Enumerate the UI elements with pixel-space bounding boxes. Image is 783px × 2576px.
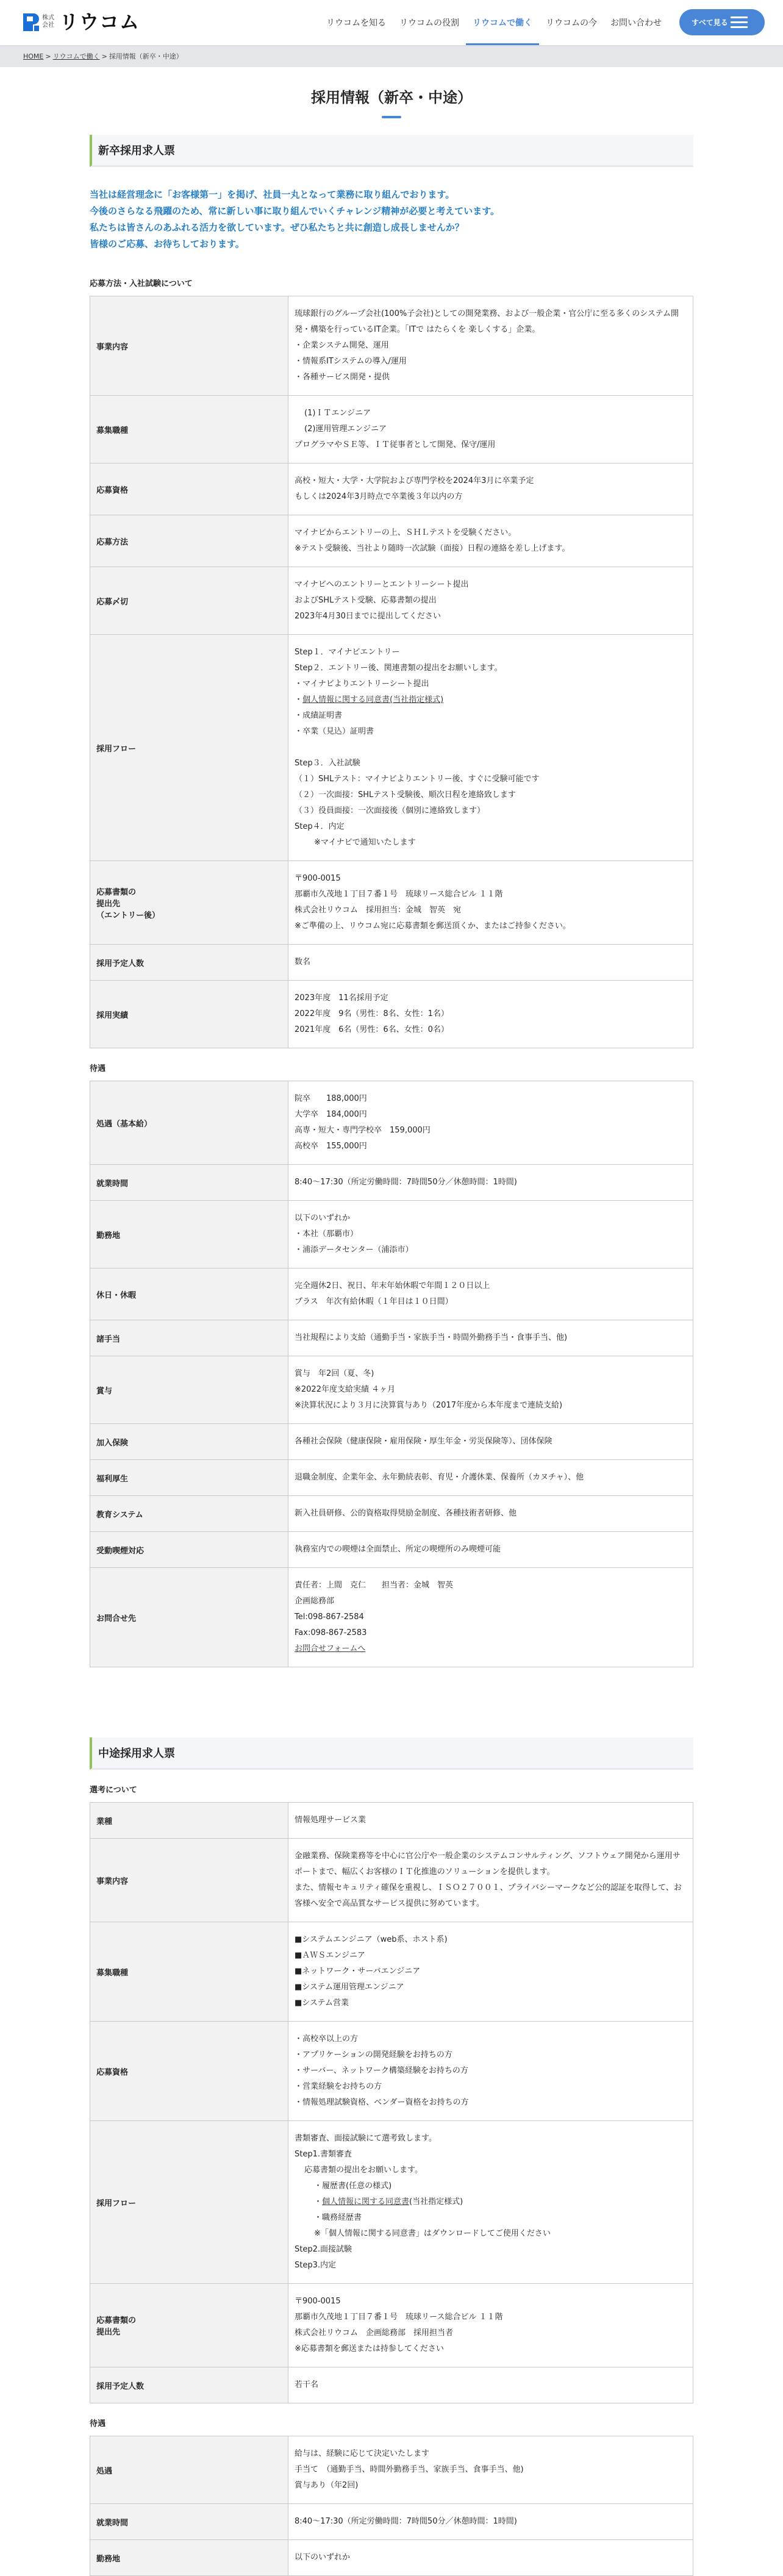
view-all-label: すべて見る — [692, 17, 728, 27]
section-new-grad-title: 新卒採用求人票 — [90, 135, 693, 167]
row-value: 書類審査、面接試験にて選考致します。 Step1.書類審査 応募書類の提出をお願… — [288, 2121, 693, 2284]
table-row: 採用フロー 書類審査、面接試験にて選考致します。 Step1.書類審査 応募書類… — [90, 2121, 693, 2284]
mid-career-benefits-heading: 待遇 — [90, 2417, 693, 2428]
new-grad-benefits-table: 処遇（基本給） 院卒 188,000円 大学卒 184,000円 高専・短大・専… — [90, 1081, 693, 1667]
table-row: お問合せ先 責任者：上間 克仁 担当者：金城 智英 企画総務部 Tel:098-… — [90, 1568, 693, 1667]
table-row: 募集職種 ■システムエンジニア（web系、ホスト系) ■ＡＷＳエンジニア ■ネッ… — [90, 1922, 693, 2022]
table-row: 応募方法 マイナビからエントリーの上、ＳＨＬテストを受験ください。 ※テスト受験… — [90, 515, 693, 567]
table-row: 応募資格 ・高校卒以上の方 ・アプリケーションの開発経験をお持ちの方 ・サーバー… — [90, 2022, 693, 2121]
row-value: ・高校卒以上の方 ・アプリケーションの開発経験をお持ちの方 ・サーバー、ネットワ… — [288, 2022, 693, 2121]
row-value: 高校・短大・大学・大学院および専門学校を2024年3月に卒業予定 もしくは202… — [288, 463, 693, 515]
consent-form-link[interactable]: 個人情報に関する同意書 — [322, 2197, 409, 2206]
nav-item-role[interactable]: リウコムの役割 — [393, 0, 466, 45]
row-label: 教育システム — [90, 1496, 288, 1532]
table-row: 処遇 給与は、経験に応じて決定いたします 手当て （通勤手当、時間外勤務手当、家… — [90, 2436, 693, 2504]
table-row: 勤務地 以下のいずれか ・本社（那覇市） ・浦添データセンター（浦添市） — [90, 1201, 693, 1268]
row-label: 募集職種 — [90, 1922, 288, 2022]
mid-career-selection-table: 業種 情報処理サービス業 事業内容 金融業務、保険業務等を中心に官公庁や一般企業… — [90, 1802, 693, 2403]
main-content: 採用情報（新卒・中途） 新卒採用求人票 当社は経営理念に「お客様第一」を掲げ、社… — [90, 67, 693, 2576]
row-value: Step１．マイナビエントリー Step２．エントリー後、関連書類の提出をお願い… — [288, 635, 693, 861]
row-label: 処遇（基本給） — [90, 1081, 288, 1165]
table-row: 諸手当 当社規程により支給（通勤手当・家族手当・時間外勤務手当・食事手当、他) — [90, 1320, 693, 1356]
row-label: 就業時間 — [90, 1165, 288, 1201]
logo-name: リウコム — [59, 12, 140, 32]
table-row: 就業時間 8:40～17:30（所定労働時間：7時間50分／休憩時間：1時間) — [90, 2504, 693, 2540]
row-value: 完全週休2日、祝日、年末年始休暇で年間１２０日以上 プラス 年次有給休暇（１年目… — [288, 1268, 693, 1320]
table-row: 加入保険 各種社会保険（健康保険・雇用保険・厚生年金・労災保険等）、団体保険 — [90, 1424, 693, 1460]
row-label: 事業内容 — [90, 1839, 288, 1922]
table-row: 事業内容 琉球銀行のグループ会社(100%子会社)としての開発業務、および一般企… — [90, 296, 693, 396]
nav-item-contact[interactable]: お問い合わせ — [604, 0, 668, 45]
row-value: 以下のいずれか — [288, 2540, 693, 2576]
row-value: 情報処理サービス業 — [288, 1803, 693, 1839]
row-value: 当社規程により支給（通勤手当・家族手当・時間外勤務手当・食事手当、他) — [288, 1320, 693, 1356]
view-all-menu-button[interactable]: すべて見る — [679, 9, 765, 35]
row-value: 8:40～17:30（所定労働時間：7時間50分／休憩時間：1時間) — [288, 2504, 693, 2540]
main-nav: リウコムを知る リウコムの役割 リウコムで働く リウコムの今 お問い合わせ — [320, 0, 668, 45]
row-label: 勤務地 — [90, 1201, 288, 1268]
row-label: 募集職種 — [90, 396, 288, 463]
row-value: 8:40～17:30（所定労働時間：7時間50分／休憩時間：1時間) — [288, 1165, 693, 1201]
row-label: 応募書類の 提出先 （エントリー後） — [90, 861, 288, 945]
page-title: 採用情報（新卒・中途） — [90, 85, 693, 110]
row-label: 処遇 — [90, 2436, 288, 2504]
contact-form-link[interactable]: お問合せフォームへ — [295, 1641, 687, 1657]
table-row: 採用フロー Step１．マイナビエントリー Step２．エントリー後、関連書類の… — [90, 635, 693, 861]
consent-form-link[interactable]: 個人情報に関する同意書(当社指定様式) — [302, 695, 443, 704]
row-value: 以下のいずれか ・本社（那覇市） ・浦添データセンター（浦添市） — [288, 1201, 693, 1268]
row-value: 数名 — [288, 945, 693, 981]
row-value: マイナビからエントリーの上、ＳＨＬテストを受験ください。 ※テスト受験後、当社よ… — [288, 515, 693, 567]
row-label: 応募〆切 — [90, 567, 288, 635]
row-value: 新入社員研修、公的資格取得奨励金制度、各種技術者研修、他 — [288, 1496, 693, 1532]
table-row: 就業時間 8:40～17:30（所定労働時間：7時間50分／休憩時間：1時間) — [90, 1165, 693, 1201]
row-value: マイナビへのエントリーとエントリーシート提出 およびSHLテスト受験、応募書類の… — [288, 567, 693, 635]
table-row: 応募資格 高校・短大・大学・大学院および専門学校を2024年3月に卒業予定 もし… — [90, 463, 693, 515]
row-label: 採用フロー — [90, 2121, 288, 2284]
row-value: 院卒 188,000円 大学卒 184,000円 高専・短大・専門学校卒 159… — [288, 1081, 693, 1165]
table-row: 応募〆切 マイナビへのエントリーとエントリーシート提出 およびSHLテスト受験、… — [90, 567, 693, 635]
row-value: 金融業務、保険業務等を中心に官公庁や一般企業のシステムコンサルティング、ソフトウ… — [288, 1839, 693, 1922]
table-row: 業種 情報処理サービス業 — [90, 1803, 693, 1839]
hamburger-icon — [731, 16, 748, 29]
row-value: 2023年度 11名採用予定 2022年度 9名（男性：8名、女性：1名） 20… — [288, 981, 693, 1048]
row-label: 応募方法 — [90, 515, 288, 567]
table-row: 教育システム 新入社員研修、公的資格取得奨励金制度、各種技術者研修、他 — [90, 1496, 693, 1532]
row-label: 休日・休暇 — [90, 1268, 288, 1320]
row-label: 受動喫煙対応 — [90, 1532, 288, 1568]
table-row: 採用予定人数 数名 — [90, 945, 693, 981]
row-label: 加入保険 — [90, 1424, 288, 1460]
table-row: 採用予定人数 若干名 — [90, 2367, 693, 2403]
company-logo[interactable]: 株式 会社 リウコム — [23, 12, 140, 32]
row-label: お問合せ先 — [90, 1568, 288, 1667]
table-row: 勤務地 以下のいずれか — [90, 2540, 693, 2576]
row-value: 〒900-0015 那覇市久茂地１丁目７番１号 琉球リース総合ビル １１階 株式… — [288, 2284, 693, 2367]
row-label: 応募資格 — [90, 2022, 288, 2121]
table-row: 処遇（基本給） 院卒 188,000円 大学卒 184,000円 高専・短大・専… — [90, 1081, 693, 1165]
new-grad-intro: 当社は経営理念に「お客様第一」を掲げ、社員一丸となって業務に取り組んでおります。… — [90, 187, 693, 252]
row-label: 就業時間 — [90, 2504, 288, 2540]
logo-kabushiki-kaisha: 株式 会社 — [42, 15, 55, 29]
row-label: 業種 — [90, 1803, 288, 1839]
row-value: 琉球銀行のグループ会社(100%子会社)としての開発業務、および一般企業・官公庁… — [288, 296, 693, 396]
new-grad-application-table: 事業内容 琉球銀行のグループ会社(100%子会社)としての開発業務、および一般企… — [90, 296, 693, 1048]
table-row: 賞与 賞与 年2回（夏、冬) ※2022年度支給実績 ４ヶ月 ※決算状況により３… — [90, 1356, 693, 1424]
title-underline — [382, 116, 401, 118]
row-value: 賞与 年2回（夏、冬) ※2022年度支給実績 ４ヶ月 ※決算状況により３月に決… — [288, 1356, 693, 1424]
nav-item-work[interactable]: リウコムで働く — [466, 0, 539, 45]
row-value: 執務室内での喫煙は全面禁止、所定の喫煙所のみ喫煙可能 — [288, 1532, 693, 1568]
row-label: 諸手当 — [90, 1320, 288, 1356]
row-value: 退職金制度、企業年金、永年勤続表彰、育児・介護休業、保養所（カヌチャ）、他 — [288, 1460, 693, 1496]
row-label: 応募資格 — [90, 463, 288, 515]
breadcrumb-current: 採用情報（新卒・中途） — [109, 51, 183, 61]
breadcrumb-separator: > — [102, 52, 107, 60]
nav-item-now[interactable]: リウコムの今 — [539, 0, 604, 45]
site-header: 株式 会社 リウコム リウコムを知る リウコムの役割 リウコムで働く リウコムの… — [0, 0, 783, 45]
row-value: 若干名 — [288, 2367, 693, 2403]
row-label: 福利厚生 — [90, 1460, 288, 1496]
application-heading: 応募方法・入社試験について — [90, 277, 693, 288]
mid-career-benefits-table: 処遇 給与は、経験に応じて決定いたします 手当て （通勤手当、時間外勤務手当、家… — [90, 2436, 693, 2576]
row-label: 採用予定人数 — [90, 945, 288, 981]
selection-heading: 選考について — [90, 1783, 693, 1795]
row-value: 給与は、経験に応じて決定いたします 手当て （通勤手当、時間外勤務手当、家族手当… — [288, 2436, 693, 2504]
breadcrumb-work[interactable]: リウコムで働く — [53, 51, 100, 61]
row-value: ■システムエンジニア（web系、ホスト系) ■ＡＷＳエンジニア ■ネットワーク・… — [288, 1922, 693, 2022]
row-value: (1)ＩＴエンジニア (2)運用管理エンジニア プログラマやＳＥ等、ＩＴ従事者と… — [288, 396, 693, 463]
row-label: 採用予定人数 — [90, 2367, 288, 2403]
row-value: 〒900-0015 那覇市久茂地１丁目７番１号 琉球リース総合ビル １１階 株式… — [288, 861, 693, 945]
breadcrumb-separator: > — [45, 52, 51, 60]
row-label: 採用フロー — [90, 635, 288, 861]
row-value: 責任者：上間 克仁 担当者：金城 智英 企画総務部 Tel:098-867-25… — [288, 1568, 693, 1667]
table-row: 応募書類の 提出先 （エントリー後） 〒900-0015 那覇市久茂地１丁目７番… — [90, 861, 693, 945]
table-row: 募集職種 (1)ＩＴエンジニア (2)運用管理エンジニア プログラマやＳＥ等、Ｉ… — [90, 396, 693, 463]
table-row: 受動喫煙対応 執務室内での喫煙は全面禁止、所定の喫煙所のみ喫煙可能 — [90, 1532, 693, 1568]
breadcrumb-home[interactable]: HOME — [23, 52, 43, 60]
row-label: 事業内容 — [90, 296, 288, 396]
table-row: 応募書類の 提出先 〒900-0015 那覇市久茂地１丁目７番１号 琉球リース総… — [90, 2284, 693, 2367]
table-row: 福利厚生 退職金制度、企業年金、永年勤続表彰、育児・介護休業、保養所（カヌチャ）… — [90, 1460, 693, 1496]
row-label: 賞与 — [90, 1356, 288, 1424]
logo-mark-icon — [23, 13, 39, 31]
benefits-heading: 待遇 — [90, 1062, 693, 1073]
section-mid-career-title: 中途採用求人票 — [90, 1737, 693, 1770]
row-label: 勤務地 — [90, 2540, 288, 2576]
nav-item-about[interactable]: リウコムを知る — [320, 0, 393, 45]
table-row: 事業内容 金融業務、保険業務等を中心に官公庁や一般企業のシステムコンサルティング… — [90, 1839, 693, 1922]
table-row: 休日・休暇 完全週休2日、祝日、年末年始休暇で年間１２０日以上 プラス 年次有給… — [90, 1268, 693, 1320]
table-row: 採用実績 2023年度 11名採用予定 2022年度 9名（男性：8名、女性：1… — [90, 981, 693, 1048]
row-label: 応募書類の 提出先 — [90, 2284, 288, 2367]
row-label: 採用実績 — [90, 981, 288, 1048]
breadcrumb: HOME > リウコムで働く > 採用情報（新卒・中途） — [0, 45, 783, 67]
row-value: 各種社会保険（健康保険・雇用保険・厚生年金・労災保険等）、団体保険 — [288, 1424, 693, 1460]
